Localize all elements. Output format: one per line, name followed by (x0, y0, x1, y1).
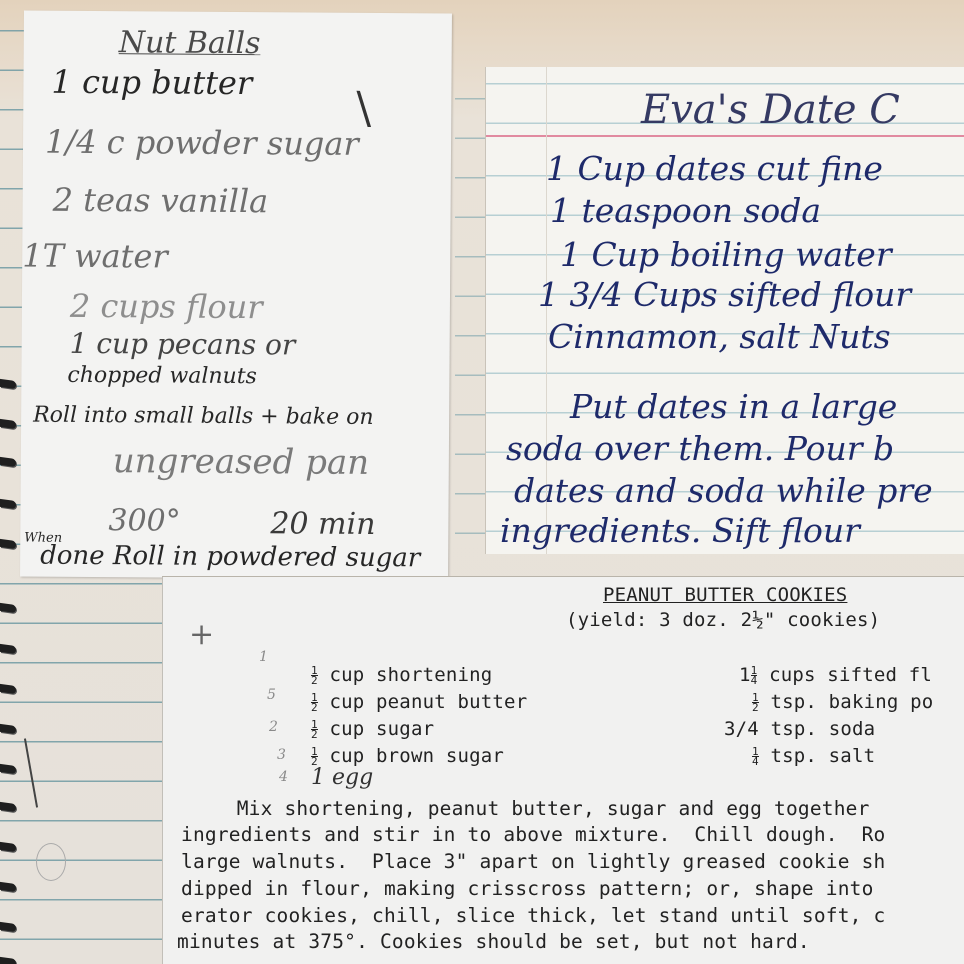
ingredient-row: 14 tsp. salt (752, 745, 875, 767)
ingredient-line: chopped walnuts (67, 363, 257, 389)
recipe-title: PEANUT BUTTER COOKIES (603, 584, 847, 606)
spiral-binding (0, 0, 18, 964)
ingredient-line: 1 teaspoon soda (550, 191, 821, 230)
direction-line: dipped in flour, making crisscross patte… (181, 877, 874, 900)
direction-line: Put dates in a large (570, 387, 897, 426)
oven-temperature: 300° (108, 503, 181, 539)
direction-line: large walnuts. Place 3" apart on lightly… (181, 850, 885, 873)
ingredient-name: cup shortening (329, 664, 492, 686)
direction-line: Mix shortening, peanut butter, sugar and… (177, 797, 870, 820)
ingredient-row: 3/4 tsp. soda (724, 718, 875, 740)
quantity-fraction: 14 (752, 747, 759, 766)
ingredient-name: tsp. baking po (770, 691, 933, 713)
quantity-fraction: 14 (751, 666, 758, 685)
ingredient-line: 1 Cup dates cut fine (546, 149, 883, 188)
handwritten-egg-ingredient: 1 egg (311, 765, 373, 790)
direction-line: soda over them. Pour b (506, 429, 894, 468)
hole-reinforcement-circle (36, 843, 66, 881)
pencil-order-number: 3 (277, 747, 286, 763)
quantity-fraction: 12 (311, 693, 318, 712)
quantity-fraction: 12 (752, 693, 759, 712)
ingredient-name: cup sugar (329, 718, 434, 740)
ingredient-line: 1T water (22, 237, 168, 276)
ingredient-line: 1/4 c powder sugar (45, 123, 359, 163)
direction-line: Roll into small balls + bake on (33, 403, 374, 430)
quantity-fraction: 12 (311, 720, 318, 739)
ingredient-name: tsp. soda (771, 718, 876, 740)
direction-line: erator cookies, chill, slice thick, let … (181, 904, 885, 927)
pencil-order-number: 4 (279, 769, 288, 785)
quantity-fraction: 12 (311, 666, 318, 685)
direction-line: ingredients. Sift flour (500, 511, 860, 550)
ingredient-line: 1 3/4 Cups sifted flour (538, 275, 911, 314)
ingredient-line: Cinnamon, salt Nuts (548, 317, 891, 356)
quantity-fraction: 12 (311, 747, 318, 766)
ingredient-line: 1 cup pecans or (70, 327, 296, 362)
ingredient-row: 12 cup shortening (311, 664, 492, 686)
ingredient-line: 1 cup butter (51, 63, 252, 102)
direction-line: ungreased pan (113, 441, 370, 483)
recipe-yield: (yield: 3 doz. 2½" cookies) (566, 609, 880, 631)
direction-line: minutes at 375°. Cookies should be set, … (177, 930, 810, 953)
direction-line: done Roll in powdered sugar (40, 541, 420, 574)
pencil-order-number: 1 (259, 649, 268, 665)
recipe-title: Eva's Date C (641, 87, 900, 133)
ingredient-name: cups sifted fl (769, 664, 932, 686)
direction-line: ingredients and stir in to above mixture… (181, 823, 885, 846)
ingredient-line: 1 Cup boiling water (560, 235, 892, 274)
quantity-whole: 1 (739, 664, 751, 686)
ingredient-row: 12 tsp. baking po (752, 691, 933, 713)
ingredient-name: cup peanut butter (329, 691, 527, 713)
ingredient-row: 114 cups sifted fl (739, 664, 932, 686)
ingredient-line: 2 cups flour (70, 287, 263, 326)
ingredient-name: cup brown sugar (329, 745, 504, 767)
ingredient-row: 12 cup peanut butter (311, 691, 527, 713)
quantity-whole: 3/4 (724, 718, 759, 740)
direction-line: dates and soda while pre (514, 471, 933, 510)
recipe-card-date-cake: Eva's Date C 1 Cup dates cut fine 1 teas… (485, 67, 964, 554)
recipe-card-nut-balls: Nut Balls \ 1 cup butter 1/4 c powder su… (20, 11, 452, 580)
ingredient-row: 12 cup sugar (311, 718, 434, 740)
pencil-plus-mark: + (189, 617, 214, 652)
recipe-card-peanut-butter-cookies: + PEANUT BUTTER COOKIES (yield: 3 doz. 2… (162, 577, 964, 964)
recipe-title: Nut Balls (119, 25, 261, 61)
ingredient-name: tsp. salt (770, 745, 875, 767)
ingredient-row: 12 cup brown sugar (311, 745, 504, 767)
ingredient-line: 2 teas vanilla (53, 181, 269, 221)
bake-time: 20 min (270, 506, 375, 542)
pencil-order-number: 2 (269, 719, 278, 735)
pencil-order-number: 5 (267, 687, 276, 703)
